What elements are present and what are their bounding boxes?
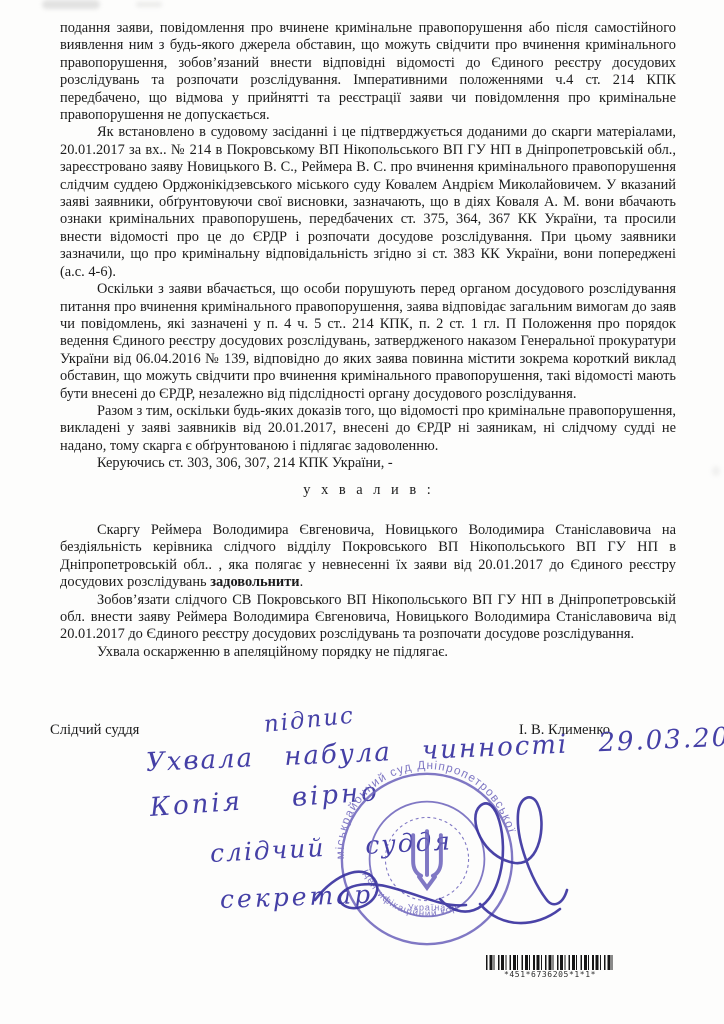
operative-paragraph-2: Зобов’язати слідчого СВ Покровського ВП … <box>60 592 676 644</box>
scan-smudge <box>712 466 720 476</box>
paragraph-ruling-basis: Керуючись ст. 303, 306, 307, 214 КПК Укр… <box>60 455 676 472</box>
operative-1-period: . <box>300 574 304 590</box>
paragraph-continuation: подання заяви, повідомлення про вчинене … <box>60 20 676 124</box>
operative-paragraph-3: Ухвала оскарженню в апеляційному порядку… <box>60 644 676 661</box>
scanned-court-ruling-page: подання заяви, повідомлення про вчинене … <box>0 0 724 1024</box>
document-text-block: подання заяви, повідомлення про вчинене … <box>60 20 676 661</box>
operative-1-text: Скаргу Реймера Володимира Євгеновича, Но… <box>60 522 676 590</box>
paragraph-legal-grounds: Оскільки з заяви вбачається, що особи по… <box>60 281 676 403</box>
ruling-heading: у х в а л и в : <box>60 482 676 499</box>
scan-smudge <box>136 2 162 7</box>
scan-smudge <box>42 0 100 9</box>
paragraph-conclusion: Разом з тим, оскільки будь-яких доказів … <box>60 403 676 455</box>
paragraph-facts: Як встановлено в судовому засіданні і це… <box>60 124 676 281</box>
operative-paragraph-1: Скаргу Реймера Володимира Євгеновича, Но… <box>60 522 676 592</box>
barcode-bars-icon <box>486 955 614 970</box>
judge-title: Слідчий суддя <box>50 722 139 739</box>
handwritten-signature <box>290 778 620 938</box>
operative-1-bold-word: задовольнити <box>210 574 299 590</box>
barcode: *451*6736205*1*1* <box>486 955 614 979</box>
barcode-label: *451*6736205*1*1* <box>486 970 614 979</box>
signature-stroke-icon <box>290 778 620 938</box>
